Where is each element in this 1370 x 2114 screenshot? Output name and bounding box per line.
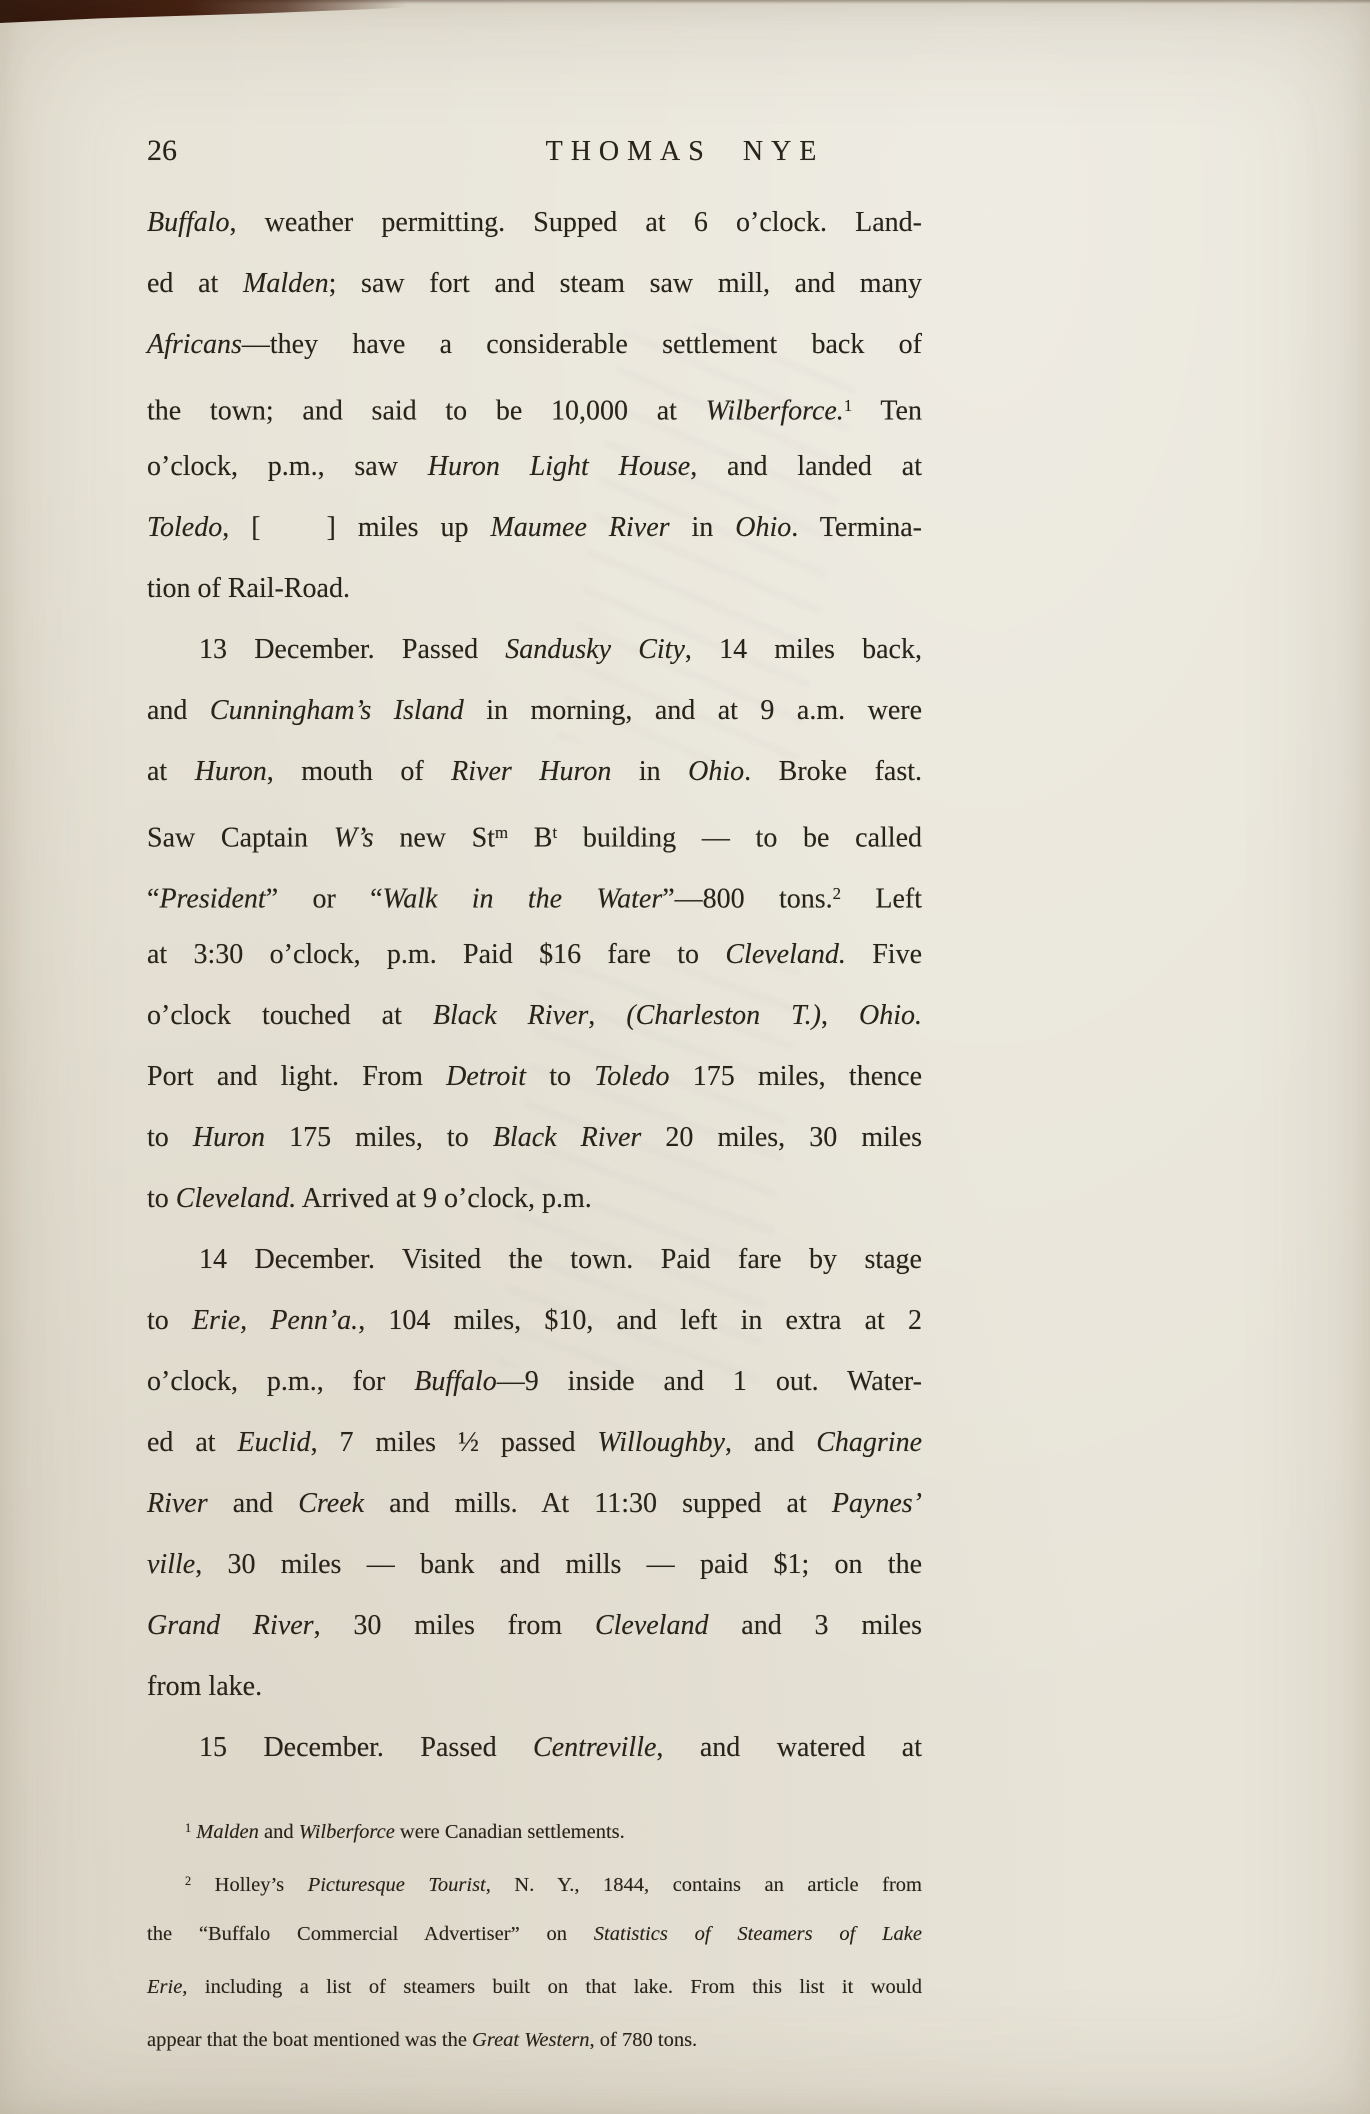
italic-run: Walk in the Water	[383, 883, 663, 914]
text-run: ,	[588, 1000, 626, 1031]
italic-run: W’s	[334, 822, 374, 853]
italic-run: River	[147, 1488, 208, 1519]
text-run: 13 December. Passed	[199, 634, 505, 665]
italic-run: Erie, Penn’a.	[192, 1305, 358, 1336]
italic-run: Chagrine	[816, 1427, 922, 1458]
text-run: —9 inside and 1 out. Water-	[497, 1366, 922, 1397]
text-line: the town; and said to be 10,000 at Wilbe…	[147, 375, 922, 436]
text-run: , 7 miles ½ passed	[311, 1427, 598, 1458]
text-run: “	[147, 883, 159, 914]
running-header-title: THOMAS NYE	[0, 136, 1370, 168]
text-run: Port and light. From	[147, 1061, 446, 1092]
text-run: ed at	[147, 268, 243, 299]
italic-run: Africans	[147, 329, 242, 360]
text-run: and	[208, 1488, 299, 1519]
paragraph: 2 Holley’s Picturesque Tourist, N. Y., 1…	[147, 1855, 922, 2067]
text-run: to	[147, 1305, 192, 1336]
text-run: tion of Rail-Road.	[147, 573, 350, 604]
footnotes: 1 Malden and Wilberforce were Canadian s…	[147, 1802, 922, 2067]
text-line: Africans—they have a considerable settle…	[147, 314, 922, 375]
text-run: appear that the boat mentioned was the	[147, 2029, 472, 2051]
text-run: , 14 miles back,	[685, 634, 922, 665]
italic-run: River Huron	[451, 756, 611, 787]
text-run: , and landed at	[690, 451, 922, 482]
text-line: “President” or “Walk in the Water”—800 t…	[147, 863, 922, 924]
italic-run: Centreville	[533, 1732, 656, 1763]
text-line: o’clock, p.m., saw Huron Light House, an…	[147, 436, 922, 497]
italic-run: Euclid	[237, 1427, 310, 1458]
text-run: B	[508, 822, 552, 853]
text-run: 20 miles, 30 miles	[641, 1122, 922, 1153]
text-run: ed at	[147, 1427, 237, 1458]
text-run: and 3 miles	[708, 1610, 922, 1641]
text-run: ”—800 tons.	[662, 883, 832, 914]
footnote-marker: 1	[844, 396, 852, 415]
text-run: , weather permitting. Supped at 6 o’cloc…	[229, 207, 922, 238]
text-line: Saw Captain W’s new Stm Bt building — to…	[147, 802, 922, 863]
text-run: , N. Y., 1844, contains an article from	[486, 1874, 922, 1896]
text-line: at 3:30 o’clock, p.m. Paid $16 fare to C…	[147, 924, 922, 985]
text-line: appear that the boat mentioned was the G…	[147, 2014, 922, 2067]
text-run: to	[147, 1122, 193, 1153]
text-line: from lake.	[147, 1656, 922, 1717]
text-run: ,	[821, 1000, 859, 1031]
italic-run: Creek	[298, 1488, 364, 1519]
italic-run: Statistics of Steamers of Lake	[594, 1923, 922, 1945]
italic-run: Great Western	[472, 2029, 590, 2051]
italic-run: Erie	[147, 1976, 182, 1998]
text-run: to	[147, 1183, 176, 1214]
text-line: o’clock, p.m., for Buffalo—9 inside and …	[147, 1351, 922, 1412]
italic-run: Wilberforce	[299, 1821, 395, 1843]
paragraph: 13 December. Passed Sandusky City, 14 mi…	[147, 619, 922, 1229]
text-run: o’clock, p.m., saw	[147, 451, 428, 482]
page-top-edge-shadow	[0, 0, 452, 23]
text-run: and	[259, 1821, 299, 1843]
text-run: were Canadian settlements.	[395, 1821, 625, 1843]
italic-run: Picturesque Tourist	[308, 1874, 486, 1896]
text-run: in	[670, 512, 736, 543]
text-line: ville, 30 miles — bank and mills — paid …	[147, 1534, 922, 1595]
text-run: . Broke fast.	[744, 756, 922, 787]
text-run: —they have a considerable settlement bac…	[242, 329, 922, 360]
italic-run: Cleveland	[595, 1610, 709, 1641]
text-run: Ten	[852, 395, 922, 426]
text-run: at	[147, 756, 195, 787]
text-run: Five	[846, 939, 922, 970]
text-line: at Huron, mouth of River Huron in Ohio. …	[147, 741, 922, 802]
text-run: new St	[374, 822, 495, 853]
text-run: o’clock, p.m., for	[147, 1366, 414, 1397]
text-run: , 30 miles from	[314, 1610, 595, 1641]
text-line: Port and light. From Detroit to Toledo 1…	[147, 1046, 922, 1107]
text-line: Buffalo, weather permitting. Supped at 6…	[147, 192, 922, 253]
italic-run: Huron	[193, 1122, 265, 1153]
italic-run: Sandusky City	[505, 634, 685, 665]
italic-run: Toledo	[594, 1061, 669, 1092]
text-line: tion of Rail-Road.	[147, 558, 922, 619]
text-line: ed at Malden; saw fort and steam saw mil…	[147, 253, 922, 314]
text-line: 15 December. Passed Centreville, and wat…	[147, 1717, 922, 1778]
text-run: , and watered at	[656, 1732, 922, 1763]
text-run: 175 miles, thence	[670, 1061, 923, 1092]
text-run: Holley’s	[191, 1874, 308, 1896]
text-run: ; saw fort and steam saw mill, and many	[329, 268, 922, 299]
text-run: from lake.	[147, 1671, 262, 1702]
text-run: the town; and said to be 10,000 at	[147, 395, 706, 426]
italic-run: Huron Light House	[428, 451, 690, 482]
text-run: in morning, and at 9 a.m. were	[464, 695, 922, 726]
text-line: the “Buffalo Commercial Advertiser” on S…	[147, 1908, 922, 1961]
italic-run: Grand River	[147, 1610, 314, 1641]
text-run: and mills. At 11:30 supped at	[364, 1488, 832, 1519]
text-line: 13 December. Passed Sandusky City, 14 mi…	[147, 619, 922, 680]
text-run: , [ ] miles up	[222, 512, 490, 543]
italic-run: Buffalo	[414, 1366, 496, 1397]
italic-run: Cleveland.	[176, 1183, 297, 1214]
italic-run: Ohio.	[859, 1000, 922, 1031]
text-line: and Cunningham’s Island in morning, and …	[147, 680, 922, 741]
italic-run: Toledo	[147, 512, 222, 543]
running-header: 26 THOMAS NYE	[0, 134, 1370, 176]
paragraph: 14 December. Visited the town. Paid fare…	[147, 1229, 922, 1717]
text-run: , mouth of	[267, 756, 451, 787]
italic-run: Malden	[196, 1821, 259, 1843]
text-line: River and Creek and mills. At 11:30 supp…	[147, 1473, 922, 1534]
italic-run: Buffalo	[147, 207, 229, 238]
italic-run: Paynes’	[832, 1488, 922, 1519]
text-run: and	[147, 695, 210, 726]
text-run: . Termina-	[791, 512, 922, 543]
italic-run: Black River	[433, 1000, 588, 1031]
body-text: Buffalo, weather permitting. Supped at 6…	[147, 192, 922, 1778]
text-run: at 3:30 o’clock, p.m. Paid $16 fare to	[147, 939, 725, 970]
text-run: 15 December. Passed	[199, 1732, 533, 1763]
italic-run: Wilberforce.	[706, 395, 844, 426]
italic-run: Huron	[195, 756, 267, 787]
text-run: to	[526, 1061, 594, 1092]
italic-run: (Charleston T.)	[626, 1000, 821, 1031]
footnote-marker: m	[495, 823, 508, 842]
text-run: , including a list of steamers built on …	[182, 1976, 922, 1998]
italic-run: Ohio	[688, 756, 744, 787]
text-run: Saw Captain	[147, 822, 334, 853]
text-line: Grand River, 30 miles from Cleveland and…	[147, 1595, 922, 1656]
italic-run: Malden	[243, 268, 329, 299]
italic-run: Cunningham’s Island	[210, 695, 464, 726]
text-line: to Huron 175 miles, to Black River 20 mi…	[147, 1107, 922, 1168]
italic-run: ville	[147, 1549, 195, 1580]
text-run: Left	[841, 883, 922, 914]
text-run: , of 780 tons.	[590, 2029, 698, 2051]
text-line: 14 December. Visited the town. Paid fare…	[147, 1229, 922, 1290]
text-run: 175 miles, to	[265, 1122, 493, 1153]
text-line: to Erie, Penn’a., 104 miles, $10, and le…	[147, 1290, 922, 1351]
text-run: , and	[725, 1427, 816, 1458]
italic-run: Willoughby	[597, 1427, 725, 1458]
footnote-marker: 2	[833, 884, 841, 903]
italic-run: Maumee River	[490, 512, 669, 543]
text-run: 14 December. Visited the town. Paid fare…	[199, 1244, 922, 1275]
italic-run: Detroit	[446, 1061, 526, 1092]
text-run: ” or “	[266, 883, 383, 914]
text-run: the “Buffalo Commercial Advertiser” on	[147, 1923, 594, 1945]
text-line: o’clock touched at Black River, (Charles…	[147, 985, 922, 1046]
text-run: , 104 miles, $10, and left in extra at 2	[358, 1305, 922, 1336]
text-run: building — to be called	[557, 822, 922, 853]
paragraph: 15 December. Passed Centreville, and wat…	[147, 1717, 922, 1778]
text-line: to Cleveland. Arrived at 9 o’clock, p.m.	[147, 1168, 922, 1229]
text-run: o’clock touched at	[147, 1000, 433, 1031]
text-line: ed at Euclid, 7 miles ½ passed Willoughb…	[147, 1412, 922, 1473]
text-line: Erie, including a list of steamers built…	[147, 1961, 922, 2014]
text-run: , 30 miles — bank and mills — paid $1; o…	[195, 1549, 922, 1580]
italic-run: Cleveland.	[725, 939, 846, 970]
text-line: Toledo, [ ] miles up Maumee River in Ohi…	[147, 497, 922, 558]
paragraph: Buffalo, weather permitting. Supped at 6…	[147, 192, 922, 619]
text-run: Arrived at 9 o’clock, p.m.	[296, 1183, 591, 1214]
italic-run: Black River	[493, 1122, 641, 1153]
italic-run: Ohio	[735, 512, 791, 543]
text-line: 2 Holley’s Picturesque Tourist, N. Y., 1…	[147, 1855, 922, 1908]
paragraph: 1 Malden and Wilberforce were Canadian s…	[147, 1802, 922, 1855]
text-run: in	[611, 756, 688, 787]
text-line: 1 Malden and Wilberforce were Canadian s…	[147, 1802, 922, 1855]
book-page: 26 THOMAS NYE Buffalo, weather permittin…	[0, 0, 1370, 2114]
italic-run: President	[159, 883, 265, 914]
